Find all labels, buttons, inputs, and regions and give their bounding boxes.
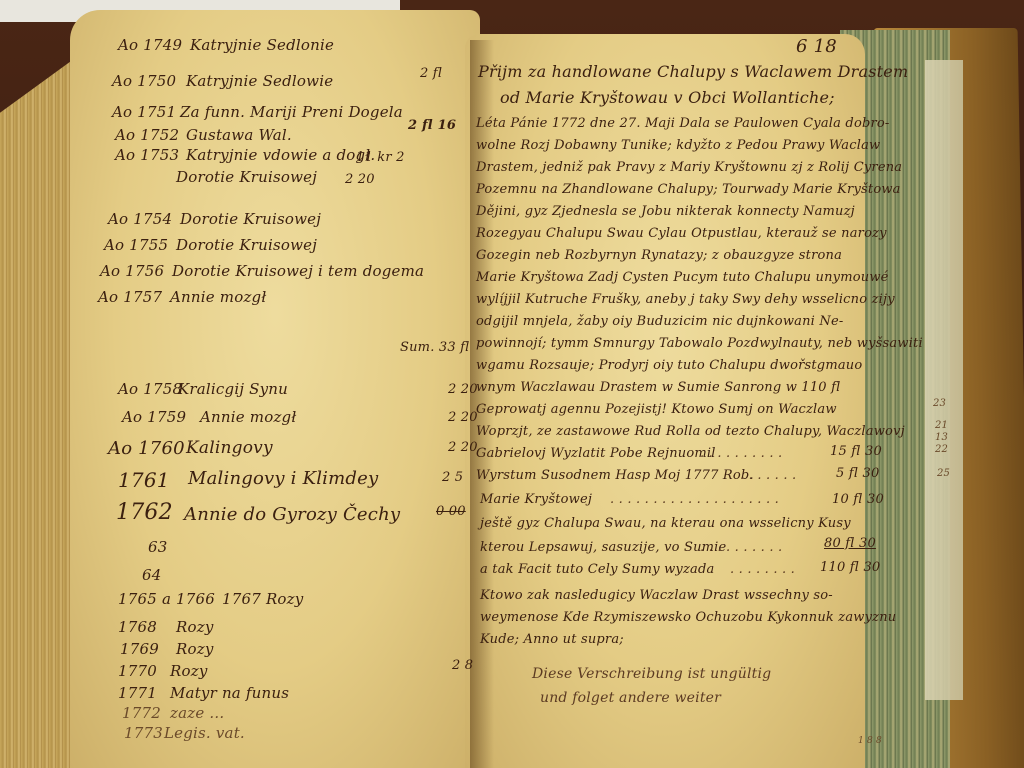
body-line: Marie Kryštowej bbox=[480, 492, 592, 507]
index-tab-strip bbox=[925, 60, 963, 700]
entry-year: Ao 1757 bbox=[98, 288, 162, 306]
body-line: Dějini, gyz Zjednesla se Jobu nikterak k… bbox=[476, 204, 855, 219]
entry-amount: 2 5 bbox=[442, 470, 463, 485]
index-tab: 21 bbox=[935, 420, 948, 431]
dot-leader: . . . . . . . . . . . . . . . . . . . . bbox=[610, 492, 779, 507]
amount: 80 fl 30 bbox=[824, 536, 876, 551]
entry-year: 1773 bbox=[124, 724, 163, 742]
entry-year: 1770 bbox=[118, 662, 157, 680]
entry-text: Dorotie Kruisowej i tem dogema bbox=[172, 262, 424, 280]
body-line: Kude; Anno ut supra; bbox=[480, 632, 624, 647]
body-line: a tak Facit tuto Cely Sumy wyzada bbox=[480, 562, 714, 577]
body-line: wgamu Rozsauje; Prodyrj oiy tuto Chalupu… bbox=[476, 358, 862, 373]
entry-text: Katryjnie Sedlonie bbox=[190, 36, 334, 54]
entry-text: Dorotie Kruisowej bbox=[176, 168, 317, 186]
entry-year: 1772 bbox=[122, 704, 161, 722]
amount: 15 fl 30 bbox=[830, 444, 882, 459]
entry-year: 1765 a 1766 bbox=[118, 590, 215, 608]
entry-text: 1767 Rozy bbox=[222, 590, 303, 608]
entry-text: Katryjnie Sedlowie bbox=[186, 72, 333, 90]
entry-amount: 0 00 bbox=[436, 504, 466, 519]
entry-year: 1769 bbox=[120, 640, 159, 658]
entry-year: 1761 bbox=[118, 468, 170, 492]
entry-year: Ao 1753 bbox=[115, 146, 179, 164]
entry-year: Ao 1751 bbox=[112, 103, 176, 121]
entry-text: Legis. vat. bbox=[164, 724, 245, 742]
entry-heading-line2: od Marie Kryštowau v Obci Wollantiche; bbox=[500, 88, 835, 107]
body-line: wolne Rozj Dobawny Tunike; kdyžto z Pedo… bbox=[476, 138, 880, 153]
german-note-line2: und folget andere weiter bbox=[540, 690, 721, 706]
dot-leader: . . . . . . . . bbox=[730, 562, 795, 577]
entry-amount: 2 20 bbox=[448, 440, 478, 455]
entry-text: Katryjnie vdowie a dogł. bbox=[186, 146, 375, 164]
entry-text: Za funn. Mariji Preni Dogela bbox=[180, 103, 403, 121]
entry-text: Matyr na funus bbox=[170, 684, 289, 702]
body-line: Drastem, jedniž pak Pravy z Mariy Kryšto… bbox=[476, 160, 902, 175]
body-line: Geprowatj agennu Pozejistj! Ktowo Sumj o… bbox=[476, 402, 837, 417]
entry-year: Ao 1752 bbox=[115, 126, 179, 144]
bottom-mark: 1 8 8 bbox=[858, 736, 882, 746]
body-line: Wyrstum Susodnem Hasp Moj 1777 Rob. bbox=[476, 468, 754, 483]
entry-text: Rozy bbox=[176, 618, 214, 636]
entry-year: 63 bbox=[148, 538, 168, 556]
entry-year: Ao 1754 bbox=[108, 210, 172, 228]
entry-text: Annie mozgł bbox=[170, 288, 266, 306]
amount: 110 fl 30 bbox=[820, 560, 880, 575]
entry-amount: 11 kr 2 bbox=[356, 150, 405, 165]
amount: 10 fl 30 bbox=[832, 492, 884, 507]
german-note-line1: Diese Verschreibung ist ungültig bbox=[532, 666, 771, 682]
entry-year: Ao 1755 bbox=[104, 236, 168, 254]
body-line: Gozegin neb Rozbyrnyn Rynatazy; z obauzg… bbox=[476, 248, 842, 263]
index-tab: 25 bbox=[937, 468, 950, 479]
entry-text: Kralicgij Synu bbox=[178, 380, 288, 398]
entry-amount: 2 fl bbox=[420, 66, 442, 81]
index-tab: 13 bbox=[935, 432, 948, 443]
amount: 5 fl 30 bbox=[836, 466, 879, 481]
body-line: powinnojí; tymm Smnurgy Tabowalo Pozdwyl… bbox=[476, 336, 923, 351]
entry-text: Kalingovy bbox=[186, 438, 273, 458]
entry-text: Annie mozgł bbox=[200, 408, 296, 426]
entry-year: Ao 1749 bbox=[118, 36, 182, 54]
page-number: 6 18 bbox=[796, 36, 837, 57]
body-line: odgijil mnjela, žaby oiy Buduzicim nic d… bbox=[476, 314, 843, 329]
body-line: Rozegyau Chalupu Swau Cylau Otpustlau, k… bbox=[476, 226, 887, 241]
dot-leader: . . . . . . . . . . bbox=[700, 540, 782, 555]
body-line: Léta Pánie 1772 dne 27. Maji Dala se Pau… bbox=[476, 116, 890, 131]
entry-heading-line1: Přijm za handlowane Chalupy s Waclawem D… bbox=[478, 62, 908, 81]
body-line: Pozemnu na Zhandlowane Chalupy; Tourwady… bbox=[476, 182, 901, 197]
entry-year: Ao 1758 bbox=[118, 380, 182, 398]
entry-year: Ao 1756 bbox=[100, 262, 164, 280]
entry-amount: 2 20 bbox=[448, 410, 478, 425]
entry-text: Annie do Gyrozy Čechy bbox=[184, 504, 400, 525]
body-line: weymenose Kde Rzymiszewsko Ochuzobu Kyko… bbox=[480, 610, 896, 625]
dot-leader: . . . . . . . bbox=[740, 468, 796, 483]
body-line: Gabrielovj Wyzlatit Pobe Rejnuomil bbox=[476, 446, 716, 461]
entry-text: Rozy bbox=[176, 640, 214, 658]
body-line: Woprzjt, ze zastawowe Rud Rolla od tezto… bbox=[476, 424, 905, 439]
entry-text: Dorotie Kruisowej bbox=[180, 210, 321, 228]
index-tab: 22 bbox=[935, 444, 948, 455]
entry-text: Gustawa Wal. bbox=[186, 126, 292, 144]
entry-year: 1771 bbox=[118, 684, 157, 702]
body-line: kterou Lepsawuj, sasuzije, vo Sumie bbox=[480, 540, 726, 555]
entry-year: 1762 bbox=[116, 500, 173, 525]
entry-amount: 2 fl 16 bbox=[408, 118, 456, 133]
entry-text: zaze ... bbox=[170, 704, 224, 722]
entry-text: Malingovy i Klimdey bbox=[188, 468, 378, 489]
entry-year: 64 bbox=[142, 566, 162, 584]
index-tab: 23 bbox=[933, 398, 946, 409]
entry-year: Ao 1759 bbox=[122, 408, 186, 426]
dot-leader: . . . . . . . . . . bbox=[700, 446, 782, 461]
entry-amount: 2 20 bbox=[448, 382, 478, 397]
entry-amount: 2 8 bbox=[452, 658, 473, 673]
body-line: Marie Kryštowa Zadj Cysten Pucym tuto Ch… bbox=[476, 270, 889, 285]
entry-amount: 2 20 bbox=[345, 172, 375, 187]
body-line: ještě gyz Chalupa Swau, na kterau ona ws… bbox=[480, 516, 851, 531]
margin-sum: Sum. 33 fl bbox=[400, 340, 470, 355]
entry-year: Ao 1760 bbox=[108, 438, 185, 459]
entry-text: Dorotie Kruisowej bbox=[176, 236, 317, 254]
entry-text: Rozy bbox=[170, 662, 208, 680]
body-line: wnym Waczlawau Drastem w Sumie Sanrong w… bbox=[476, 380, 840, 395]
entry-year: Ao 1750 bbox=[112, 72, 176, 90]
body-line: Ktowo zak nasledugicy Waczlaw Drast wsse… bbox=[480, 588, 833, 603]
body-line: wylíjjil Kutruche Frušky, aneby j taky S… bbox=[476, 292, 895, 307]
entry-year: 1768 bbox=[118, 618, 157, 636]
